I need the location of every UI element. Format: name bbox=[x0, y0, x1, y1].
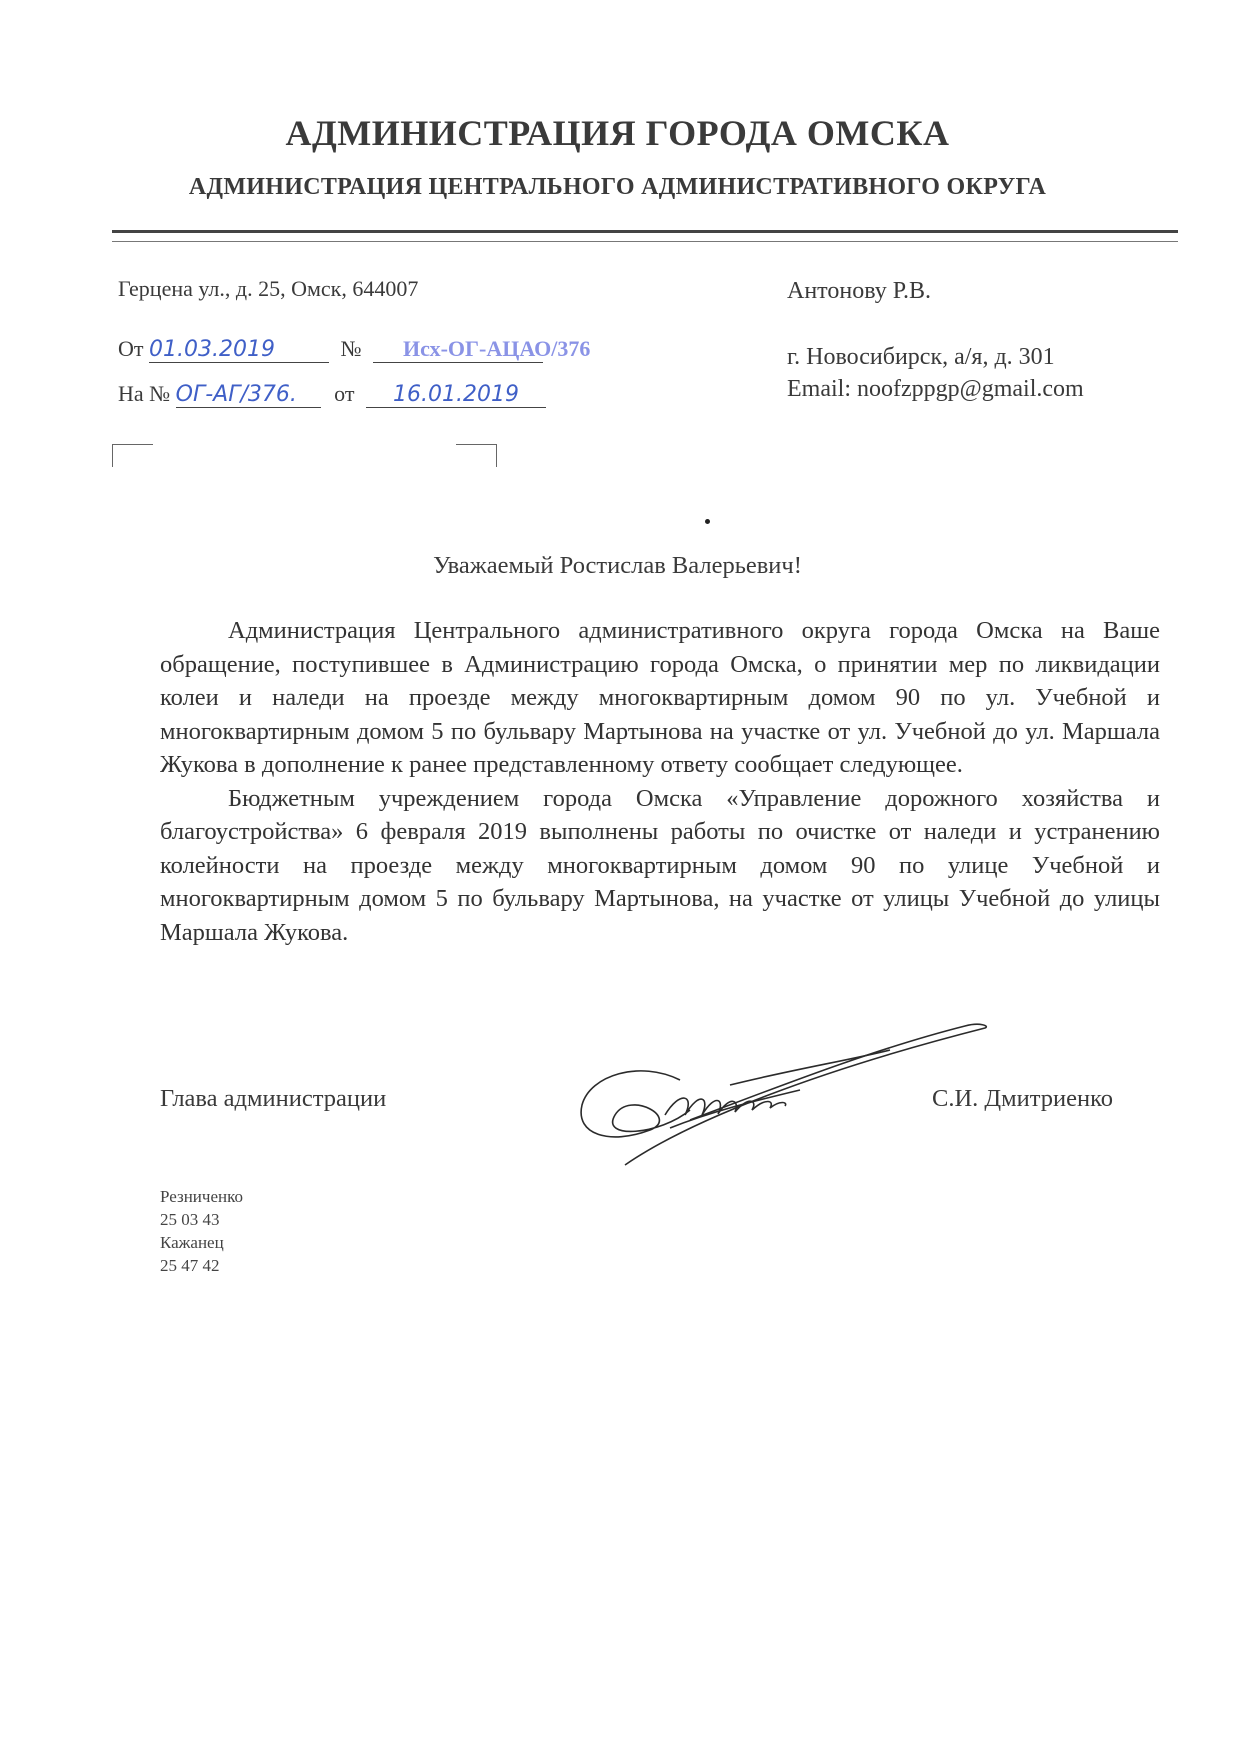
recipient-address: г. Новосибирск, а/я, д. 301 bbox=[787, 344, 1055, 371]
body-paragraph-1: Администрация Центрального административ… bbox=[160, 614, 1160, 782]
salutation: Уважаемый Ростислав Валерьевич! bbox=[0, 552, 1235, 580]
scan-dot bbox=[705, 519, 710, 524]
reply-to-number: ОГ-АГ/376. bbox=[176, 382, 321, 408]
signatory-position: Глава администрации bbox=[160, 1085, 386, 1113]
address-frame-corner-right bbox=[456, 444, 497, 467]
outgoing-number-stamp: Исх-ОГ-АЦАО/376 bbox=[403, 336, 590, 361]
number-label: № bbox=[341, 336, 362, 361]
reply-date-label: от bbox=[334, 381, 354, 406]
org-title: АДМИНИСТРАЦИЯ ГОРОДА ОМСКА bbox=[0, 112, 1235, 154]
recipient-name: Антонову Р.В. bbox=[787, 278, 931, 305]
org-subtitle: АДМИНИСТРАЦИЯ ЦЕНТРАЛЬНОГО АДМИНИСТРАТИВ… bbox=[0, 174, 1235, 201]
address-frame-corner-left bbox=[112, 444, 153, 467]
body-paragraph-2: Бюджетным учреждением города Омска «Упра… bbox=[160, 782, 1160, 950]
from-label: От bbox=[118, 336, 144, 361]
reply-date: 16.01.2019 bbox=[366, 382, 546, 408]
sender-address: Герцена ул., д. 25, Омск, 644007 bbox=[118, 276, 418, 302]
reply-to-label: На № bbox=[118, 381, 170, 406]
executor-phone: 25 47 42 bbox=[160, 1254, 243, 1277]
executor-phone: 25 03 43 bbox=[160, 1208, 243, 1231]
executors-block: Резниченко 25 03 43 Кажанец 25 47 42 bbox=[160, 1185, 243, 1277]
header-divider-thin bbox=[112, 241, 1178, 242]
registration-reply-row: На № ОГ-АГ/376. от 16.01.2019 bbox=[118, 381, 546, 408]
from-date: 01.03.2019 bbox=[149, 337, 329, 363]
recipient-email: Email: noofzppgp@gmail.com bbox=[787, 376, 1084, 403]
executor-name: Резниченко bbox=[160, 1185, 243, 1208]
signatory-name: С.И. Дмитриенко bbox=[932, 1085, 1113, 1113]
registration-from-row: От 01.03.2019 № Исх-ОГ-АЦАО/376 bbox=[118, 336, 543, 363]
executor-name: Кажанец bbox=[160, 1231, 243, 1254]
header-divider bbox=[112, 230, 1178, 233]
letter-body: Администрация Центрального административ… bbox=[160, 614, 1160, 949]
outgoing-number-field: Исх-ОГ-АЦАО/376 bbox=[373, 336, 543, 363]
